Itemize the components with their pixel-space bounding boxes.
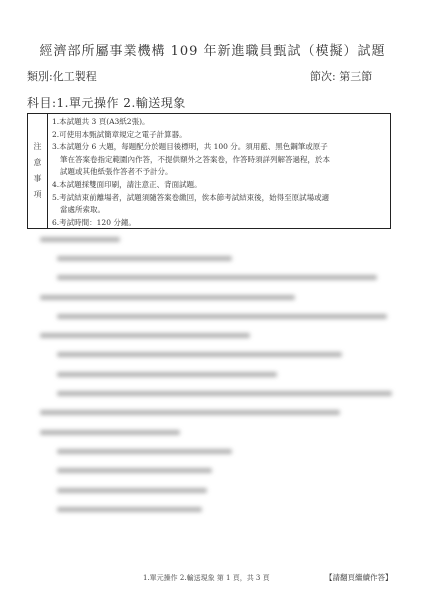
notice-item-continuation: 筆在答案卷指定範圍內作答，不提供額外之答案卷，作答時須詳列解答過程，於本 (52, 154, 386, 167)
blurred-text-line (57, 352, 342, 357)
notice-item-continuation: 試題或其他紙張作答者不予計分。 (52, 166, 386, 179)
footer-turn-over: 【請翻頁繼續作答】 (325, 572, 393, 583)
notice-label: 注 意 事 項 (28, 114, 48, 228)
notice-item: 5.考試結束前離場者，試題須隨答案卷繳回，俟本節考試結束後，始得至原試場或適 (52, 192, 386, 205)
exam-subject: 科目:1.單元操作 2.輸送現象 (27, 94, 186, 111)
notice-label-char: 項 (34, 187, 42, 203)
blurred-question-content (0, 230, 425, 520)
blurred-text-line (57, 391, 392, 396)
blurred-text-line (57, 507, 202, 512)
notice-list: 1.本試題共 3 頁(A3紙2張)。 2.可使用本甄試簡章規定之電子計算器。 3… (48, 114, 390, 228)
blurred-text-line (40, 410, 340, 415)
blurred-text-line (40, 333, 250, 338)
blurred-text-line (57, 314, 387, 319)
blurred-text-line (40, 237, 120, 242)
blurred-text-line (57, 449, 232, 454)
exam-category: 類別:化工製程 (27, 68, 97, 84)
footer-page-info: 1.單元操作 2.輸送現象 第 1 頁，共 3 頁 (143, 573, 270, 583)
notice-item: 3.本試題分 6 大題，每題配分於題目後標明，共 100 分。須用藍、黑色鋼筆或… (52, 141, 386, 154)
blurred-text-line (57, 256, 232, 261)
exam-title: 經濟部所屬事業機構 109 年新進職員甄試（模擬）試題 (0, 40, 425, 59)
blurred-text-line (57, 275, 377, 280)
notice-box: 注 意 事 項 1.本試題共 3 頁(A3紙2張)。 2.可使用本甄試簡章規定之… (27, 113, 391, 229)
notice-item: 4.本試題採雙面印刷，請注意正、背面試題。 (52, 179, 386, 192)
notice-item: 6.考試時間：120 分鐘。 (52, 217, 386, 230)
blurred-text-line (57, 488, 207, 493)
notice-item: 2.可使用本甄試簡章規定之電子計算器。 (52, 129, 386, 142)
exam-session: 節次: 第三節 (310, 68, 372, 84)
notice-item: 1.本試題共 3 頁(A3紙2張)。 (52, 116, 386, 129)
notice-label-char: 意 (34, 155, 42, 171)
blurred-text-line (40, 430, 180, 435)
notice-item-continuation: 當處所索取。 (52, 204, 386, 217)
blurred-text-line (57, 468, 212, 473)
notice-label-char: 事 (34, 171, 42, 187)
blurred-text-line (40, 295, 295, 300)
blurred-text-line (57, 372, 277, 377)
notice-label-char: 注 (34, 139, 42, 155)
